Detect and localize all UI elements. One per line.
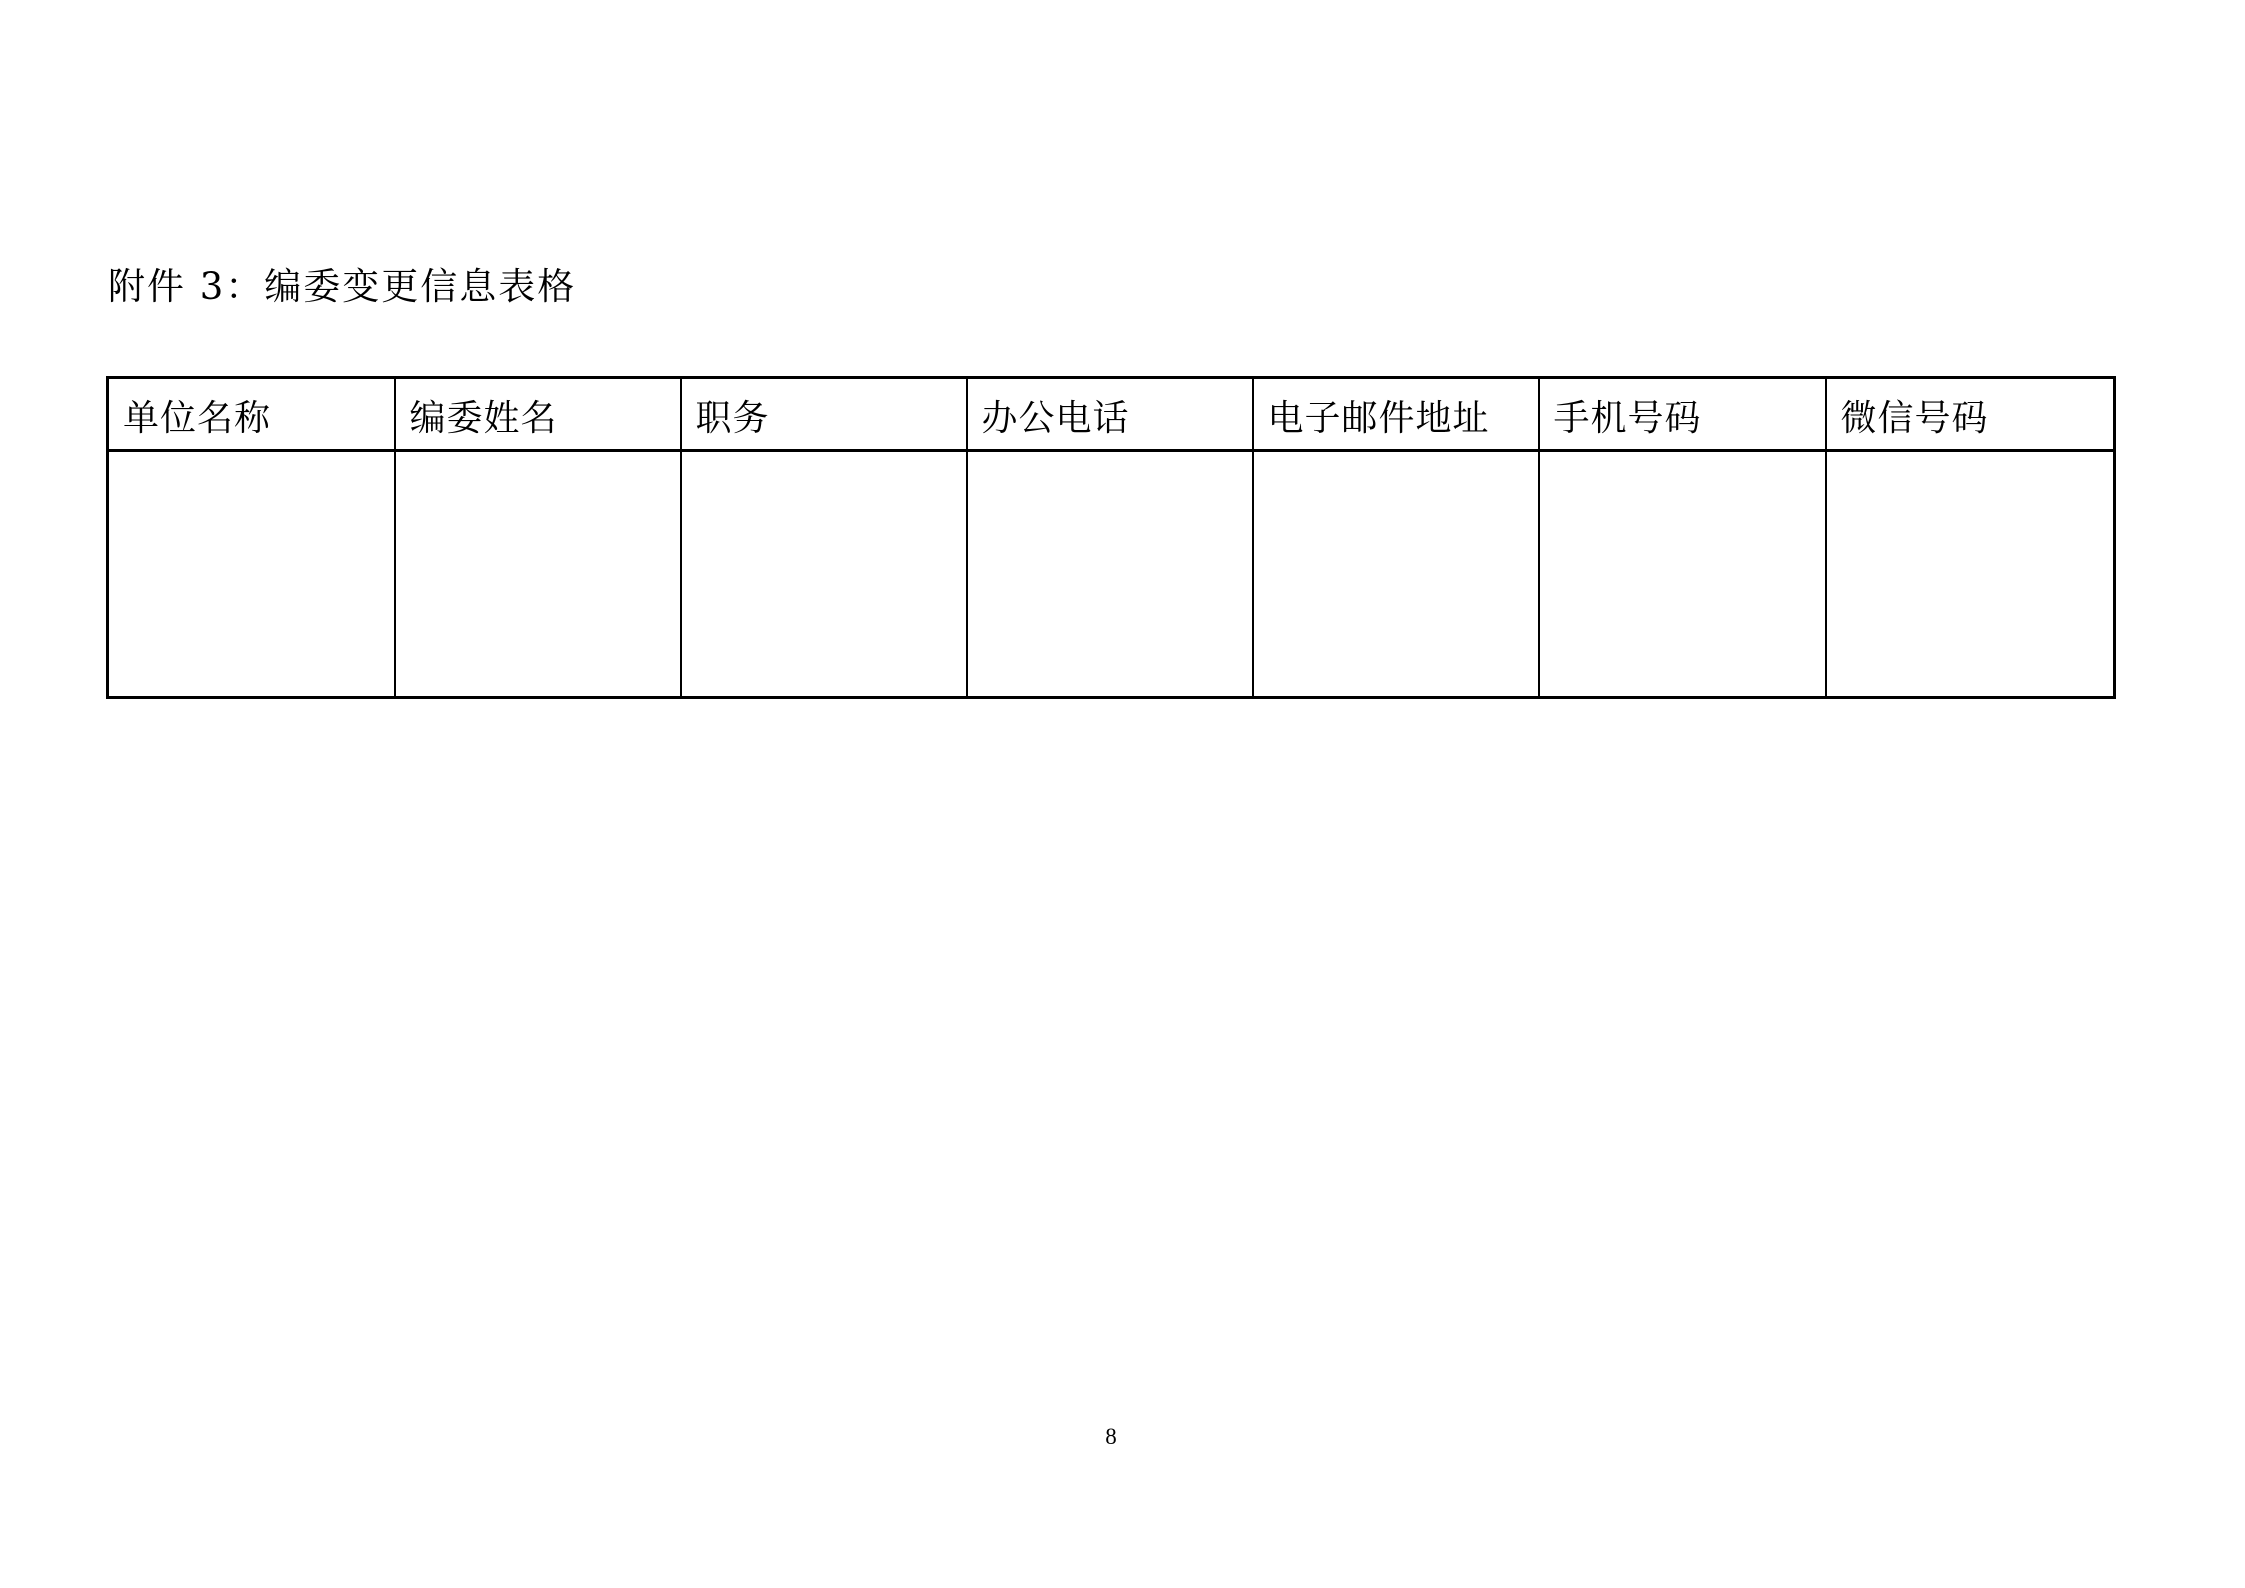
header-email-address: 电子邮件地址 <box>1253 378 1539 451</box>
header-office-phone: 办公电话 <box>967 378 1253 451</box>
page-number: 8 <box>1098 1424 1124 1450</box>
cell-unit-name <box>108 451 395 698</box>
header-editor-name: 编委姓名 <box>395 378 681 451</box>
header-mobile-number: 手机号码 <box>1539 378 1826 451</box>
editor-change-info-table: 单位名称 编委姓名 职务 办公电话 电子邮件地址 手机号码 微信号码 <box>106 376 2116 699</box>
cell-mobile-number <box>1539 451 1826 698</box>
cell-email-address <box>1253 451 1539 698</box>
header-unit-name: 单位名称 <box>108 378 395 451</box>
cell-office-phone <box>967 451 1253 698</box>
cell-position <box>681 451 967 698</box>
cell-wechat-id <box>1826 451 2115 698</box>
header-position: 职务 <box>681 378 967 451</box>
cell-editor-name <box>395 451 681 698</box>
attachment-title: 附件 3：编委变更信息表格 <box>108 262 576 312</box>
header-wechat-id: 微信号码 <box>1826 378 2115 451</box>
table-row <box>108 451 2115 698</box>
table-header-row: 单位名称 编委姓名 职务 办公电话 电子邮件地址 手机号码 微信号码 <box>108 378 2115 451</box>
